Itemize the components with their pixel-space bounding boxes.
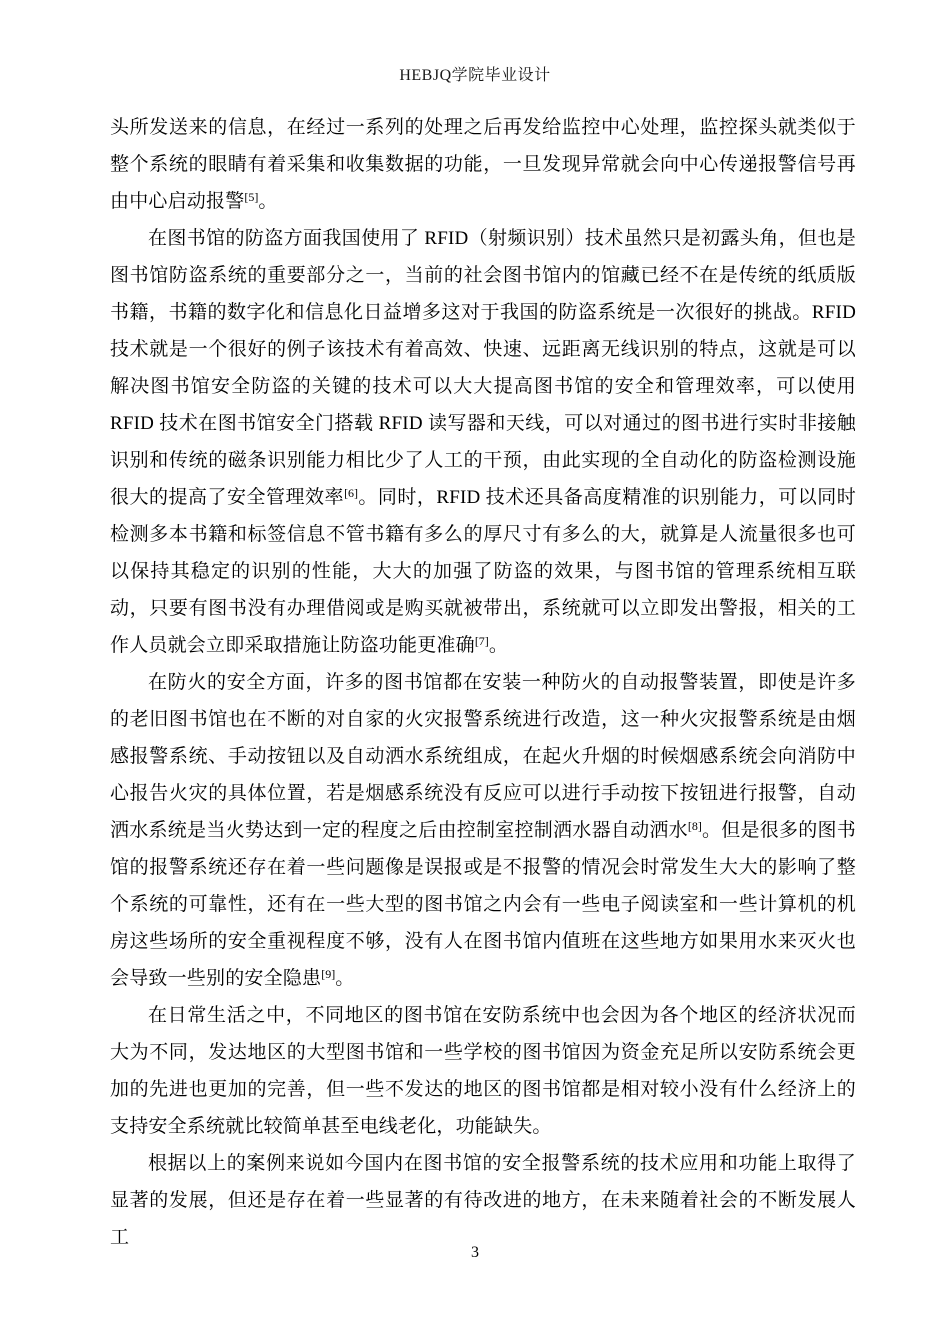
page-header: HEBJQ学院毕业设计 [0, 62, 950, 85]
citation-ref: [5] [244, 190, 258, 204]
citation-ref: [8] [688, 819, 702, 833]
document-page: HEBJQ学院毕业设计 头所发送来的信息，在经过一系列的处理之后再发给监控中心处… [0, 0, 950, 1344]
page-number: 3 [0, 1244, 950, 1262]
citation-ref: [9] [321, 967, 335, 981]
citation-ref: [7] [475, 634, 489, 648]
paragraph-regional-difference: 在日常生活之中，不同地区的图书馆在安防系统中也会因为各个地区的经济状况而大为不同… [110, 997, 856, 1145]
paragraph-fire-alarm: 在防火的安全方面，许多的图书馆都在安装一种防火的自动报警装置，即使是许多的老旧图… [110, 664, 856, 997]
paragraph-rfid-antitheft: 在图书馆的防盗方面我国使用了 RFID（射频识别）技术虽然只是初露头角，但也是图… [110, 220, 856, 664]
paragraph-cctv-continuation: 头所发送来的信息，在经过一系列的处理之后再发给监控中心处理，监控探头就类似于整个… [110, 109, 856, 220]
document-body: 头所发送来的信息，在经过一系列的处理之后再发给监控中心处理，监控探头就类似于整个… [110, 109, 856, 1256]
citation-ref: [6] [344, 486, 358, 500]
paragraph-summary: 根据以上的案例来说如今国内在图书馆的安全报警系统的技术应用和功能上取得了显著的发… [110, 1145, 856, 1256]
